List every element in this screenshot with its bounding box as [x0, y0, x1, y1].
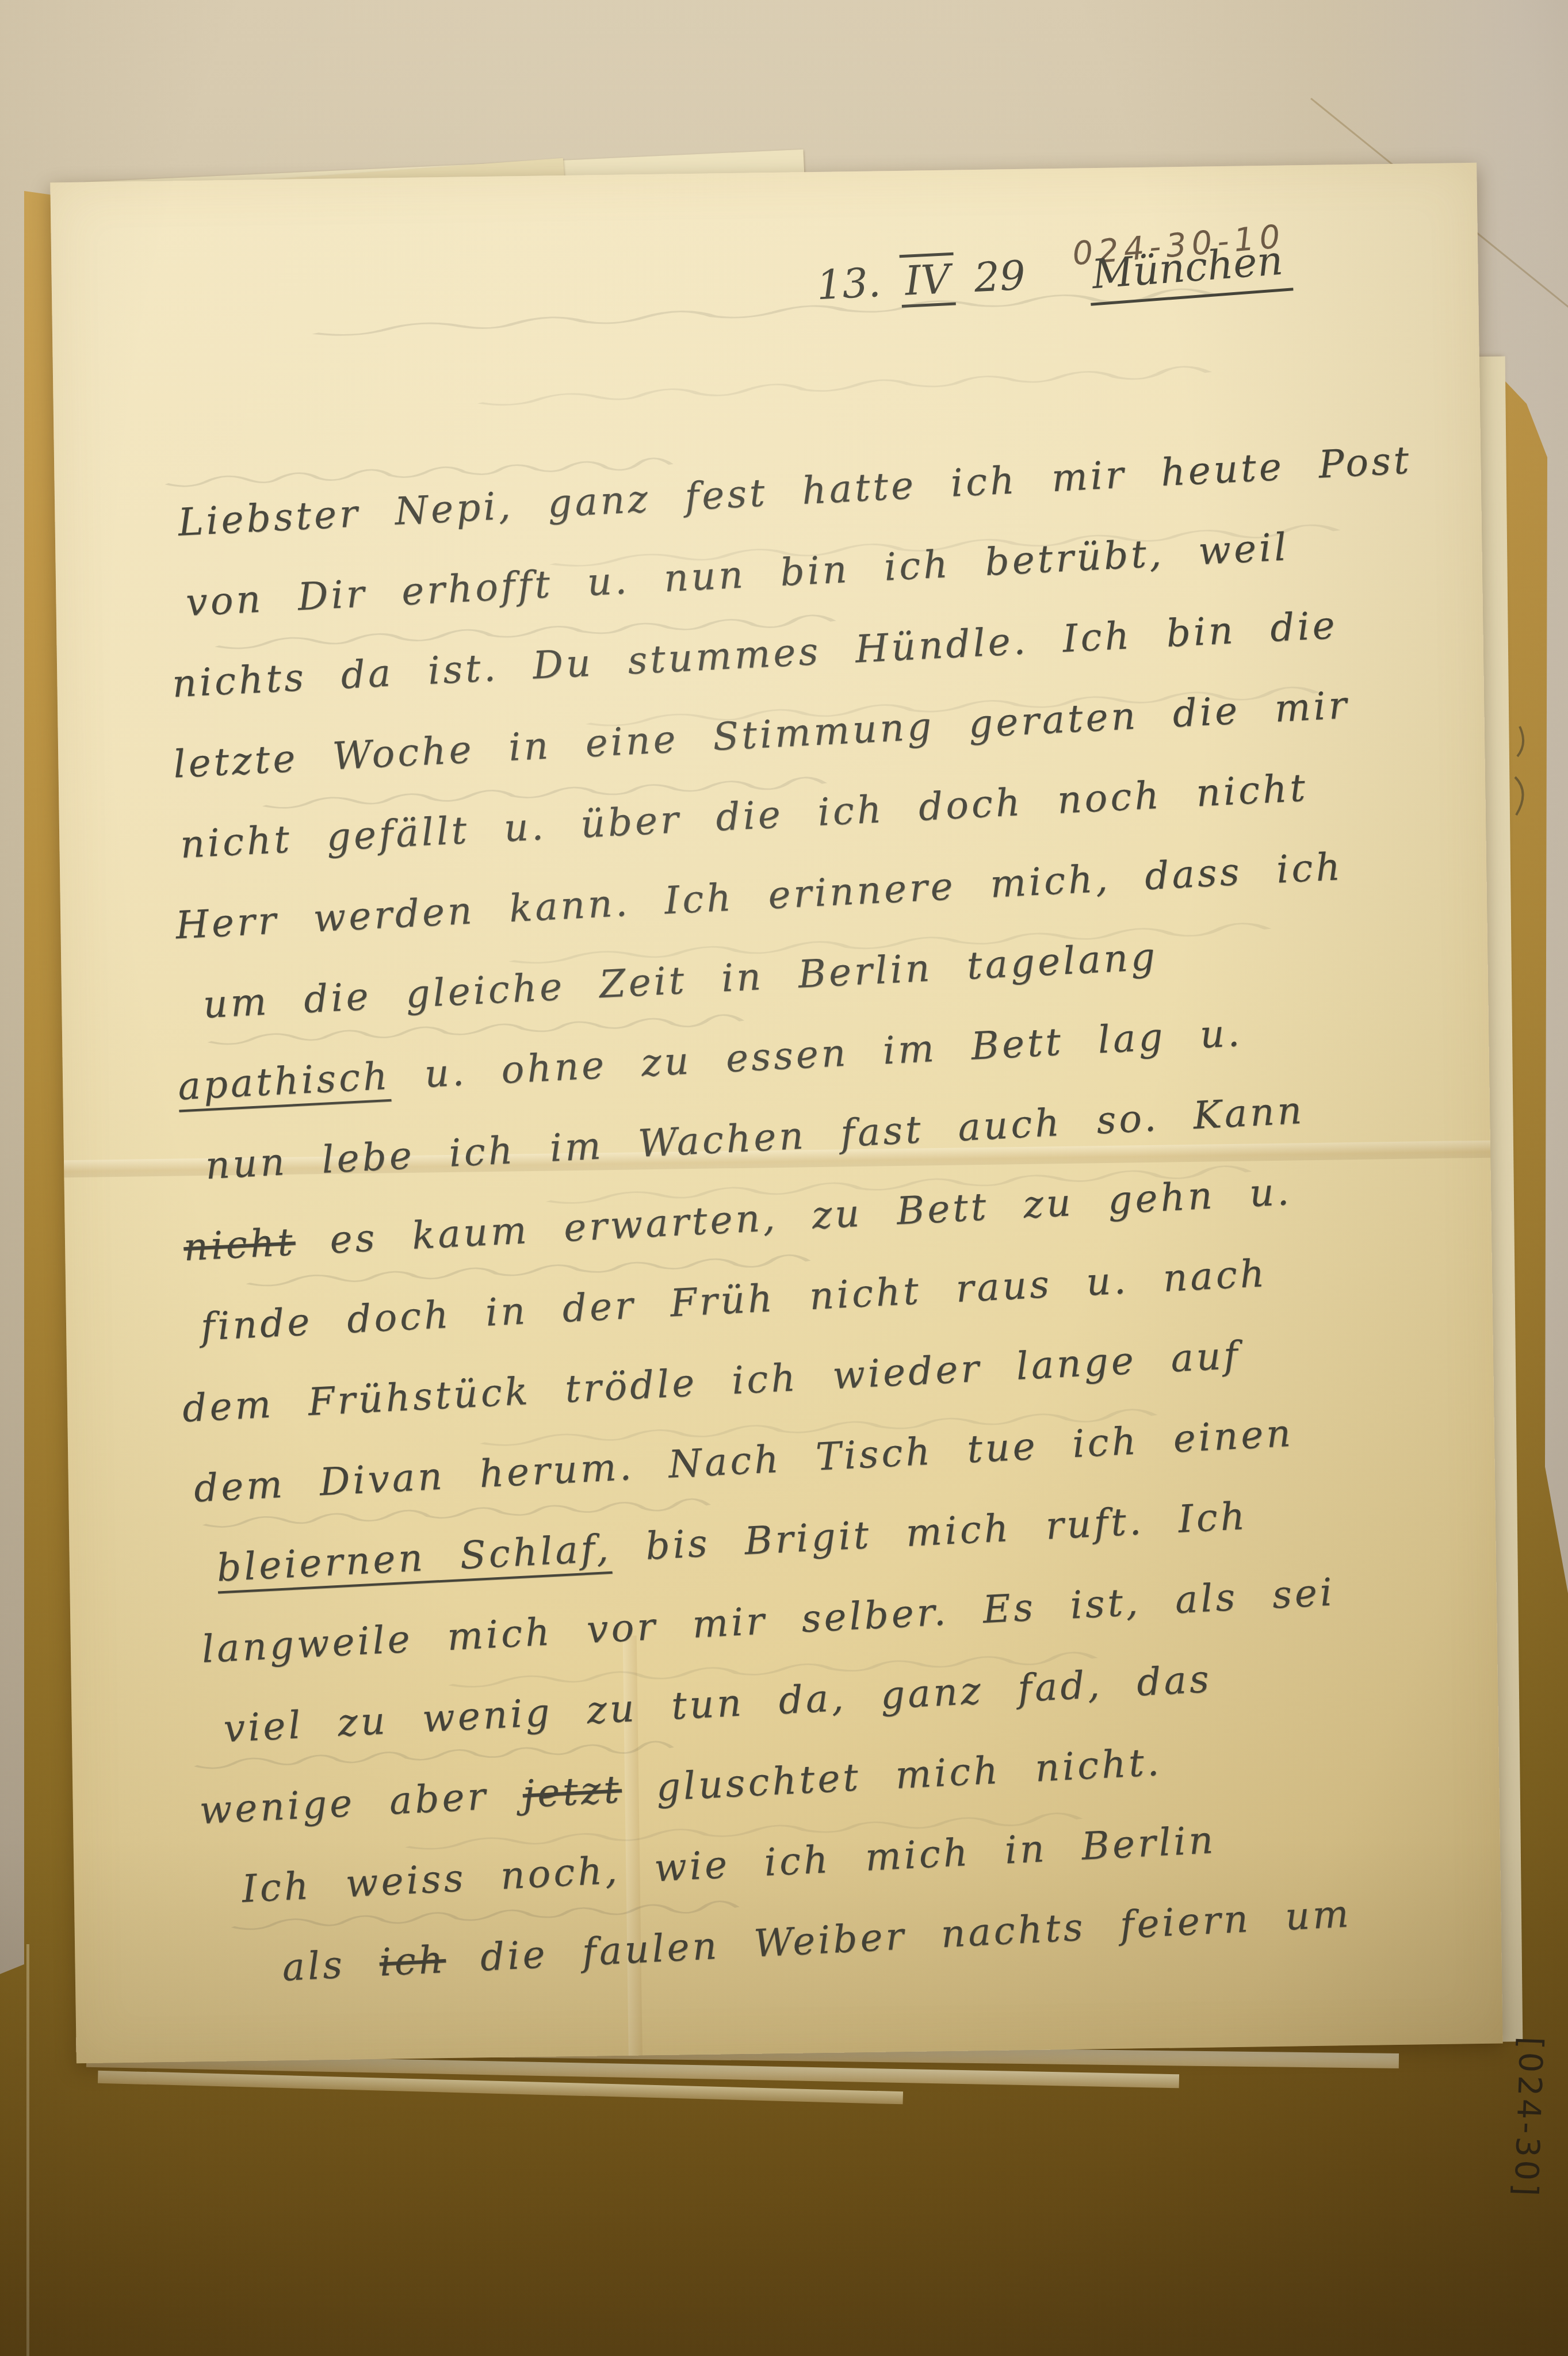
bleed-through-writing [467, 361, 1215, 416]
letter-text: bleiernen Schlaf, [216, 1526, 612, 1590]
stray-ink-mark [1492, 722, 1532, 820]
struck-word: jetzt [522, 1767, 623, 1816]
bleed-through-writing [300, 282, 1220, 347]
letter-text: langweile mich vor mir selber. Es ist, a… [201, 1570, 1336, 1672]
archive-photo: 024-30-10 13. IV 29 München Liebster Nep… [0, 0, 1568, 2356]
letter-text: apathisch [177, 1054, 391, 1109]
letter-text: wenige aber [198, 1772, 524, 1833]
letter-page: 024-30-10 13. IV 29 München Liebster Nep… [50, 163, 1502, 2063]
letter-text: gluschtet mich nicht. [621, 1740, 1163, 1811]
folder-edge [26, 1944, 29, 2356]
folder-side-label: [024-30] [1506, 2036, 1550, 2200]
letter-text: als [281, 1941, 381, 1990]
struck-word: ich [378, 1937, 447, 1985]
struck-word: nicht [182, 1219, 296, 1269]
